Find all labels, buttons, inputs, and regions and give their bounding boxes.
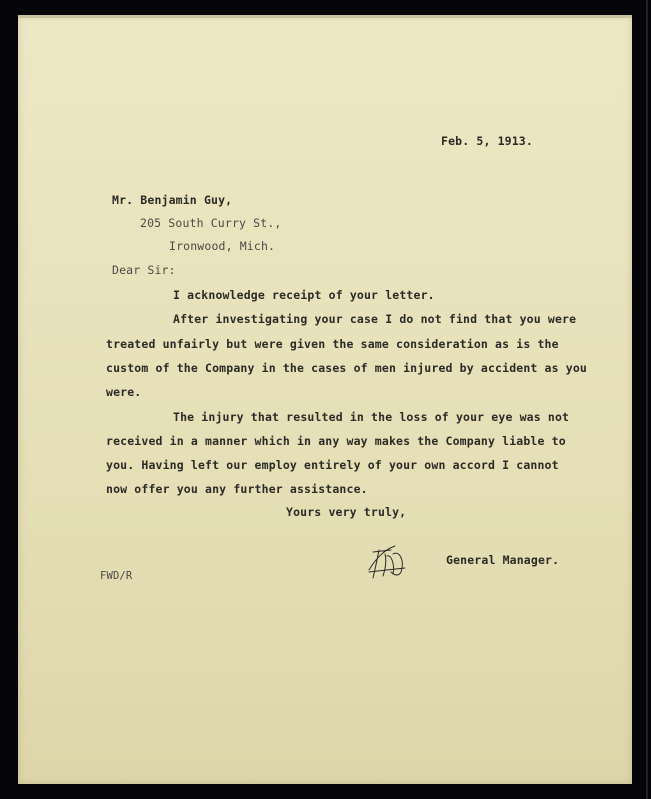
letter-date: Feb. 5, 1913.	[441, 134, 533, 148]
body-line: treated unfairly but were given the same…	[106, 337, 559, 351]
body-line: The injury that resulted in the loss of …	[173, 410, 569, 424]
body-line: received in a manner which in any way ma…	[106, 434, 566, 448]
frame-edge	[646, 0, 648, 799]
recipient-city: Ironwood, Mich.	[169, 239, 275, 253]
salutation: Dear Sir:	[112, 263, 176, 277]
body-line: now offer you any further assistance.	[106, 482, 368, 496]
body-line: were.	[106, 385, 141, 399]
body-line: After investigating your case I do not f…	[173, 312, 576, 326]
letter-page: Feb. 5, 1913. Mr. Benjamin Guy, 205 Sout…	[18, 15, 632, 784]
reference-initials: FWD/R	[100, 570, 132, 582]
signature-mark	[365, 542, 415, 582]
body-line: I acknowledge receipt of your letter.	[173, 288, 435, 302]
recipient-street: 205 South Curry St.,	[140, 216, 281, 230]
body-line: custom of the Company in the cases of me…	[106, 361, 587, 375]
recipient-name: Mr. Benjamin Guy,	[112, 193, 232, 207]
closing: Yours very truly,	[286, 505, 406, 519]
body-line: you. Having left our employ entirely of …	[106, 458, 559, 472]
signer-title: General Manager.	[446, 553, 559, 567]
